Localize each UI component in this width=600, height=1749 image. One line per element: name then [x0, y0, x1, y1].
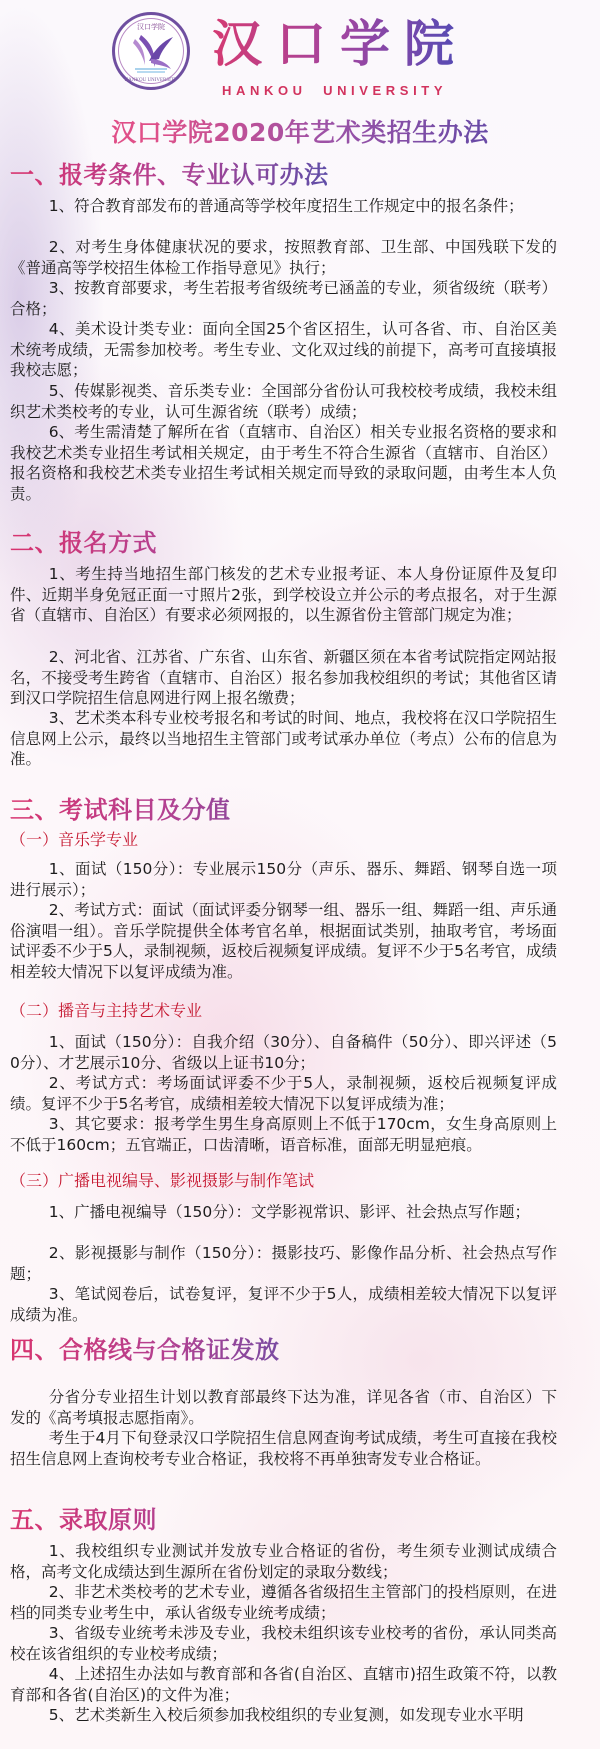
section-heading-admission-principles: 五、录取原则 [10, 1505, 157, 1535]
university-seal-icon: 汉口学院 HANKOU UNIVERSITY [112, 12, 190, 90]
svg-text:HANKOU UNIVERSITY: HANKOU UNIVERSITY [125, 78, 178, 83]
paragraph: 5、传媒影视类、音乐类专业：全国部分省份认可我校校考成绩，我校未组织艺术类校考的… [10, 381, 557, 422]
section-heading-subjects: 三、考试科目及分值 [10, 795, 231, 825]
paragraph: 1、我校组织专业测试并发放专业合格证的省份，考生须专业测试成绩合格，高考文化成绩… [10, 1541, 557, 1582]
paragraph: 2、考试方式：考场面试评委不少于5人，录制视频，返校后视频复评成绩。复评不少于5… [10, 1073, 557, 1114]
paragraph: 2、对考生身体健康状况的要求，按照教育部、卫生部、中国残联下发的《普通高等学校招… [10, 237, 557, 278]
paragraph: 5、艺术类新生入校后须参加我校组织的专业复测，如发现专业水平明 [10, 1705, 557, 1726]
section-heading-qualification: 四、合格线与合格证发放 [10, 1335, 280, 1365]
paragraph: 1、广播电视编导（150分）：文学影视常识、影评、社会热点写作题； [10, 1202, 557, 1223]
paragraph: 考生于4月下旬登录汉口学院招生信息网查询考试成绩，考生可直接在我校招生信息网上查… [10, 1428, 557, 1469]
paragraph: 3、艺术类本科专业校考报名和考试的时间、地点，我校将在汉口学院招生信息网上公示，… [10, 708, 557, 770]
subheading-music: （一）音乐学专业 [10, 829, 138, 851]
paragraph: 分省分专业招生计划以教育部最终下达为准，详见各省（市、自治区）下发的《高考填报志… [10, 1387, 557, 1428]
header: 汉口学院 HANKOU UNIVERSITY 汉口学院 HANKOU UNIVE… [0, 0, 600, 110]
paragraph: 1、面试（150分）：专业展示150分（声乐、器乐、舞蹈、钢琴自选一项进行展示）… [10, 859, 557, 900]
paragraph: 2、考试方式：面试（面试评委分钢琴一组、器乐一组、舞蹈一组、声乐通俗演唱一组）。… [10, 900, 557, 982]
subheading-film-tv: （三）广播电视编导、影视摄影与制作笔试 [10, 1170, 314, 1192]
brand-name-en: HANKOU UNIVERSITY [222, 83, 447, 98]
paragraph: 3、按教育部要求，考生若报考省级统考已涵盖的专业，须省级统（联考）合格； [10, 278, 557, 319]
paragraph: 1、面试（150分）：自我介绍（30分）、自备稿件（50分）、即兴评述（50分）… [10, 1032, 557, 1073]
paragraph: 6、考生需清楚了解所在省（直辖市、自治区）相关专业报名资格的要求和我校艺术类专业… [10, 422, 557, 504]
paragraph: 2、非艺术类校考的艺术专业，遵循各省级招生主管部门的投档原则，在进档的同类专业考… [10, 1582, 557, 1623]
subheading-broadcasting: （二）播音与主持艺术专业 [10, 1000, 202, 1022]
paragraph: 4、上述招生办法如与教育部和各省(自治区、直辖市)招生政策不符，以教育部和各省(… [10, 1664, 557, 1705]
section-heading-eligibility: 一、报考条件、专业认可办法 [10, 160, 329, 190]
paragraph: 4、美术设计类专业：面向全国25个省区招生，认可各省、市、自治区美术统考成绩，无… [10, 319, 557, 381]
paragraph: 3、笔试阅卷后，试卷复评，复评不少于5人，成绩相差较大情况下以复评成绩为准。 [10, 1284, 557, 1325]
paragraph: 2、河北省、江苏省、广东省、山东省、新疆区须在本省考试院指定网站报名，不接受考生… [10, 647, 557, 709]
paragraph: 3、省级专业统考未涉及专业，我校未组织该专业校考的省份，承认同类高校在该省组织的… [10, 1623, 557, 1664]
section-heading-registration: 二、报名方式 [10, 528, 157, 558]
svg-text:汉口学院: 汉口学院 [137, 22, 165, 31]
paragraph: 1、符合教育部发布的普通高等学校年度招生工作规定中的报名条件； [10, 196, 557, 217]
brand-name-cn: 汉口学院 [212, 16, 468, 72]
paragraph: 2、影视摄影与制作（150分）：摄影技巧、影像作品分析、社会热点写作题； [10, 1243, 557, 1284]
paragraph: 3、其它要求：报考学生男生身高原则上不低于170cm，女生身高原则上不低于160… [10, 1114, 557, 1155]
page-title: 汉口学院2020年艺术类招生办法 [0, 117, 600, 149]
paragraph: 1、考生持当地招生部门核发的艺术专业报考证、本人身份证原件及复印件、近期半身免冠… [10, 564, 557, 626]
